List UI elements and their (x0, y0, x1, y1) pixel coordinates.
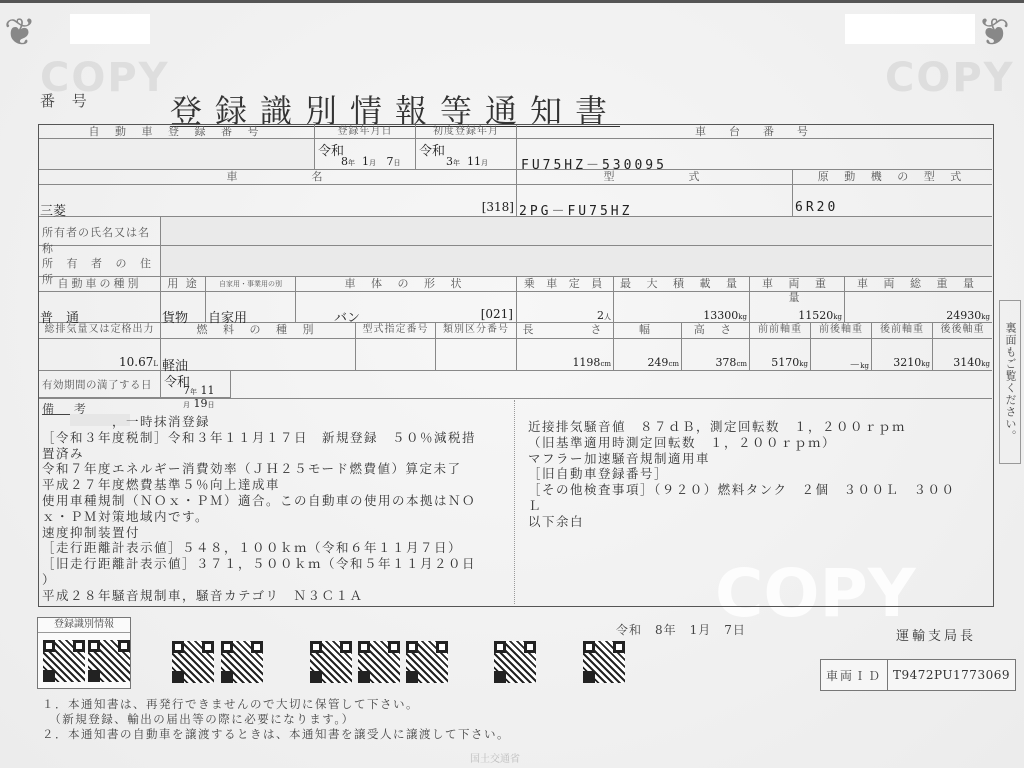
qr-code (43, 640, 85, 682)
header-length: 長 さ (517, 323, 614, 339)
header-vehicle-weight: 車 両 重 量 (750, 277, 845, 292)
unit: kg (833, 313, 842, 321)
unit: L (153, 360, 158, 368)
issue-date: 令和 8年 1月 7日 (616, 621, 746, 638)
usage-value: 貨物 (161, 292, 206, 323)
ff-axle: 5170 (771, 356, 799, 369)
unit: 月 (183, 401, 190, 409)
displacement-value: 10.67L (39, 339, 161, 371)
document-page: ❦ ❦ COPY COPY COPY 番 号 登録識別情報等通知書 自 動 車 … (0, 0, 1024, 768)
category-number-value (436, 339, 517, 371)
header-fr-axle: 前後軸重 (811, 323, 872, 339)
vehicle-id-value: T9472PU1773069 (888, 660, 1015, 690)
unit: kg (738, 313, 747, 321)
car-name-code: [318] (482, 200, 514, 214)
corner-ornament-icon: ❦ (978, 10, 1010, 54)
month: 11 (201, 384, 215, 397)
capacity: 2 (597, 309, 604, 322)
copy-watermark: COPY (885, 55, 1015, 101)
side-note: 裏面もご覧ください。 (999, 300, 1021, 464)
capacity-value: 2人 (517, 292, 614, 323)
max-load: 13300 (703, 309, 738, 322)
gross-weight: 24930 (946, 309, 981, 322)
redacted-area (70, 14, 150, 44)
label: 有効期間の満了する日 (42, 377, 152, 392)
header-rf-axle: 後前軸重 (872, 323, 933, 339)
ministry-mark: 国土交通省 (470, 750, 520, 765)
length-value: 1198cm (517, 339, 614, 371)
width-value: 249cm (614, 339, 682, 371)
height: 378 (715, 356, 736, 369)
header-ff-axle: 前前軸重 (750, 323, 811, 339)
unit: cm (668, 360, 679, 368)
issuing-authority: 運輸支局長 (896, 625, 976, 644)
qr-code (494, 641, 536, 683)
vehicle-weight-value: 11520kg (750, 292, 845, 323)
rf-axle: 3210 (893, 356, 921, 369)
reg-number-value (39, 139, 315, 170)
model-value: 2PG－FU75HZ (517, 185, 793, 217)
unit: cm (600, 360, 611, 368)
year: 7 (183, 384, 190, 397)
vehicle-weight: 11520 (798, 309, 833, 322)
top-border (0, 0, 1024, 3)
unit: 年 (453, 159, 460, 167)
max-load-value: 13300kg (614, 292, 750, 323)
header-vehicle-class: 自動車の種別 (39, 277, 161, 292)
type-designation-value (356, 339, 436, 371)
unit: kg (799, 360, 808, 368)
header-engine-model: 原 動 機 の 型 式 (793, 170, 992, 185)
header-category-number: 類別区分番号 (436, 323, 517, 339)
qr-code (358, 641, 400, 683)
qr-code (583, 641, 625, 683)
expiry-value: 令和 7年 11月 19日 (161, 371, 231, 398)
header-fuel-type: 燃 料 の 種 別 (161, 323, 356, 339)
rf-axle-value: 3210kg (872, 339, 933, 371)
qr-box-title: 登録識別情報 (38, 618, 130, 633)
body-shape-code: [021] (481, 307, 513, 321)
vehicle-id-box: 車両ＩＤ T9472PU1773069 (820, 659, 1016, 691)
unit: 年 (348, 159, 355, 167)
vehicle-class-value: 普 通 (39, 292, 161, 323)
unit: kg (860, 362, 869, 370)
header-max-load: 最 大 積 載 量 (614, 277, 750, 292)
unit: kg (981, 313, 990, 321)
year: 8 (341, 155, 348, 168)
qr-code (88, 640, 130, 682)
header-body-shape: 車 体 の 形 状 (296, 277, 517, 292)
rr-axle-value: 3140kg (933, 339, 992, 371)
fuel-type-value: 軽油 (161, 339, 356, 371)
header-usage: 用 途 (161, 277, 206, 292)
header-car-name: 車 名 (39, 170, 517, 185)
year: 3 (446, 155, 453, 168)
day: 7 (387, 155, 394, 168)
owner-name-value (161, 217, 992, 246)
qr-code (221, 641, 263, 683)
gross-weight-value: 24930kg (845, 292, 992, 323)
unit: 年 (190, 388, 197, 396)
rr-axle: 3140 (953, 356, 981, 369)
height-value: 378cm (682, 339, 750, 371)
fr-axle-value: －kg (811, 339, 872, 371)
engine-model-value: 6R20 (793, 185, 992, 217)
owner-address-label: 所 有 者 の 住 所 (39, 246, 161, 277)
expiry-label: 有効期間の満了する日 (39, 371, 161, 398)
month: 1 (362, 155, 369, 168)
row-divider (39, 398, 992, 399)
unit: 人 (604, 313, 611, 321)
unit: 月 (481, 159, 488, 167)
remarks-divider (514, 400, 515, 604)
owner-address-value (161, 246, 992, 277)
reg-date-value: 令和 8年 1月 7日 (315, 139, 416, 170)
qr-code (172, 641, 214, 683)
header-chassis-no: 車 台 番 号 (517, 125, 992, 139)
header-reg-number: 自 動 車 登 録 番 号 (39, 125, 315, 139)
engine-model: 6R20 (795, 200, 838, 215)
car-name-value: 三菱 [318] (39, 185, 517, 217)
private-business-value: 自家用 (206, 292, 296, 323)
header-private-business: 自家用・事業用の別 (206, 277, 296, 292)
chassis-no-value: FU75HZ－530095 (517, 139, 992, 170)
header-rr-axle: 後後軸重 (933, 323, 992, 339)
month: 11 (467, 155, 481, 168)
redacted-area (845, 14, 975, 44)
header-gross-weight: 車 両 総 重 量 (845, 277, 992, 292)
header-model: 型 式 (517, 170, 793, 185)
displacement: 10.67 (119, 355, 153, 369)
qr-code (406, 641, 448, 683)
fr-axle: － (849, 358, 860, 371)
length: 1198 (572, 356, 600, 369)
header-displacement: 総排気量又は定格出力 (39, 323, 161, 339)
header-type-designation: 型式指定番号 (356, 323, 436, 339)
unit: 日 (208, 401, 215, 409)
first-reg-value: 令和 3年 11月 (416, 139, 517, 170)
header-width: 幅 (614, 323, 682, 339)
body-shape-value: バン [021] (296, 292, 517, 323)
era: 令和 (419, 140, 445, 159)
corner-ornament-icon: ❦ (4, 10, 36, 54)
ff-axle-value: 5170kg (750, 339, 811, 371)
header-reg-date: 登録年月日 (315, 125, 416, 139)
header-first-reg: 初度登録年月 (416, 125, 517, 139)
remarks-left: ，一時抹消登録 ［令和３年度税制］令和３年１１月１７日 新規登録 ５０％減税措 … (42, 414, 476, 604)
number-label: 番 号 (40, 90, 93, 111)
header-capacity: 乗 車 定 員 (517, 277, 614, 292)
width: 249 (647, 356, 668, 369)
owner-name-label: 所有者の氏名又は名称 (39, 217, 161, 246)
header-height: 高 さ (682, 323, 750, 339)
unit: kg (981, 360, 990, 368)
vehicle-id-label: 車両ＩＤ (821, 660, 888, 690)
remarks-right: 近接排気騒音値 ８７ｄＢ，測定回転数 １，２００ｒｐｍ （旧基準適用時測定回転数… (528, 419, 956, 530)
qr-code (310, 641, 352, 683)
unit: kg (921, 360, 930, 368)
unit: cm (736, 360, 747, 368)
notes: １．本通知書は、再発行できませんので大切に保管して下さい。 （新規登録、輸出の届… (42, 697, 510, 742)
unit: 日 (394, 159, 401, 167)
unit: 月 (369, 159, 376, 167)
